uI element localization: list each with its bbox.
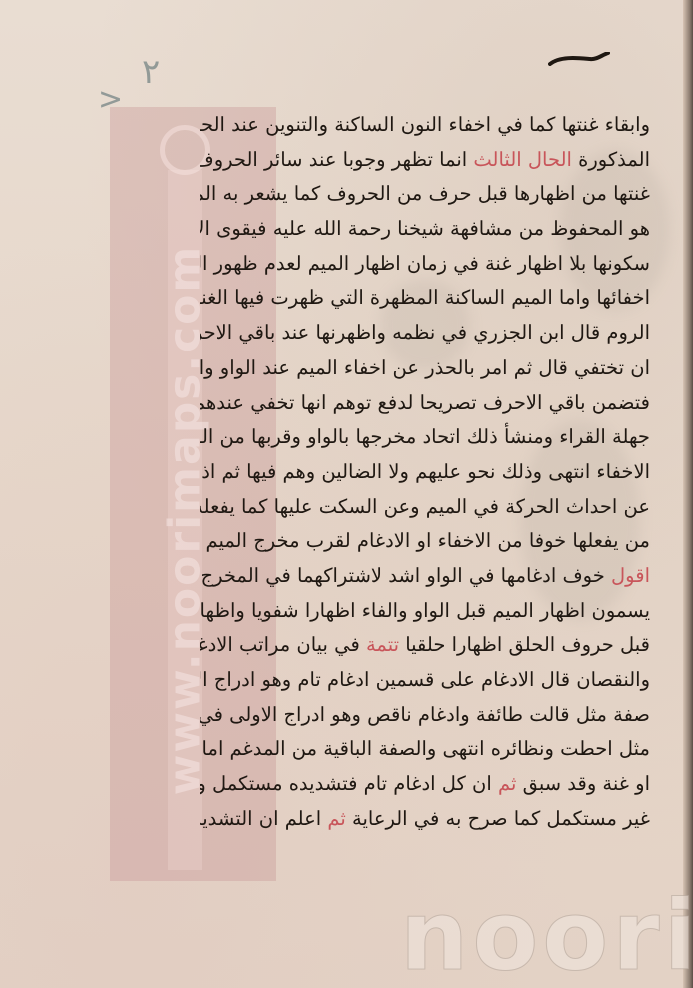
manuscript-text: وابقاء غنتها كما في اخفاء النون الساكنة …: [200, 108, 650, 836]
text-line: المذكورة الحال الثالث انما تظهر وجوبا عن…: [200, 143, 650, 178]
rubric-heading: تتمة: [366, 633, 399, 656]
line-segment: صفة مثل قالت طائفة وادغام ناقص وهو ادراج…: [200, 703, 650, 726]
line-segment: غير مستكمل كما صرح به في الرعاية: [346, 807, 650, 830]
line-segment: عن احداث الحركة في الميم وعن السكت عليها…: [200, 495, 650, 518]
line-segment: فتضمن باقي الاحرف تصريحا لدفع توهم انها …: [200, 391, 650, 414]
line-segment: او غنة وقد سبق: [516, 772, 650, 795]
text-line: من يفعلها خوفا من الاخفاء او الادغام لقر…: [200, 524, 650, 559]
rubric-word: ثم: [498, 772, 516, 795]
line-segment: هو المحفوظ من مشافهة شيخنا رحمة الله علي…: [200, 217, 650, 240]
text-line: قبل حروف الحلق اظهارا حلقيا تتمة في بيان…: [200, 628, 650, 663]
line-segment: سكونها بلا اظهار غنة في زمان اظهار الميم…: [200, 252, 650, 275]
line-segment: اعلم ان التشديد لا يستلزم الادغام اذ بعض…: [200, 807, 327, 830]
text-line: او غنة وقد سبق ثم ان كل ادغام تام فتشديد…: [200, 767, 650, 802]
line-segment: قبل حروف الحلق اظهارا حلقيا: [399, 633, 650, 656]
folio-number-mark: ٢: [142, 52, 160, 92]
text-line: ان تختفي قال ثم امر بالحذر عن اخفاء المي…: [200, 351, 650, 386]
line-segment: ان كل ادغام تام فتشديده مستكمل وكل ادغام…: [200, 772, 498, 795]
text-line: سكونها بلا اظهار غنة في زمان اظهار الميم…: [200, 247, 650, 282]
text-line: صفة مثل قالت طائفة وادغام ناقص وهو ادراج…: [200, 698, 650, 733]
manuscript-page: www.noorimaps.com ٢ < وابقاء غنتها كما ف…: [0, 0, 693, 988]
line-segment: اخفائها واما الميم الساكنة المظهرة التي …: [200, 286, 650, 309]
text-line: اقول خوف ادغامها في الواو اشد لاشتراكهما…: [200, 559, 650, 594]
text-line: جهلة القراء ومنشأ ذلك اتحاد مخرجها بالوا…: [200, 420, 650, 455]
watermark-bottom-text: noori: [400, 880, 693, 988]
line-segment: ان تختفي قال ثم امر بالحذر عن اخفاء المي…: [200, 356, 650, 379]
binding-edge: [683, 0, 693, 988]
rubric-word: اقول: [611, 564, 650, 587]
text-line: اخفائها واما الميم الساكنة المظهرة التي …: [200, 281, 650, 316]
text-line: مثل احطت ونظائره انتهى والصفة الباقية من…: [200, 732, 650, 767]
line-segment: غنتها من اظهارها قبل حرف من الحروف كما ي…: [200, 182, 650, 205]
line-segment: مثل احطت ونظائره انتهى والصفة الباقية من…: [200, 737, 650, 760]
text-line: غير مستكمل كما صرح به في الرعاية ثم اعلم…: [200, 802, 650, 837]
line-segment: الاخفاء انتهى وذلك نحو عليهم ولا الضالين…: [200, 460, 650, 483]
line-segment: انما تظهر وجوبا عند سائر الحروف: [200, 148, 473, 171]
text-line: يسمون اظهار الميم قبل الواو والفاء اظهار…: [200, 594, 650, 629]
line-segment: والنقصان قال الادغام على قسمين ادغام تام…: [200, 668, 650, 691]
catchword-stroke-icon: [548, 52, 610, 66]
line-segment: خوف ادغامها في الواو اشد لاشتراكهما في ا…: [200, 564, 611, 587]
text-line: وابقاء غنتها كما في اخفاء النون الساكنة …: [200, 108, 650, 143]
line-segment: وابقاء غنتها كما في اخفاء النون الساكنة …: [200, 113, 650, 136]
text-line: هو المحفوظ من مشافهة شيخنا رحمة الله علي…: [200, 212, 650, 247]
line-segment: من يفعلها خوفا من الاخفاء او الادغام لقر…: [200, 529, 650, 552]
pencil-bracket-mark: <: [98, 82, 123, 117]
text-line: الروم قال ابن الجزري في نظمه واظهرنها عن…: [200, 316, 650, 351]
text-line: غنتها من اظهارها قبل حرف من الحروف كما ي…: [200, 177, 650, 212]
rubric-word: ثم: [327, 807, 345, 830]
line-segment: المذكورة: [572, 148, 650, 171]
line-segment: في بيان مراتب الادغام والتشديد بحسب الكم…: [200, 633, 366, 656]
text-line: فتضمن باقي الاحرف تصريحا لدفع توهم انها …: [200, 386, 650, 421]
text-line: عن احداث الحركة في الميم وعن السكت عليها…: [200, 490, 650, 525]
line-segment: جهلة القراء ومنشأ ذلك اتحاد مخرجها بالوا…: [200, 425, 650, 448]
text-line: والنقصان قال الادغام على قسمين ادغام تام…: [200, 663, 650, 698]
rubric-heading: الحال الثالث: [473, 148, 572, 171]
line-segment: يسمون اظهار الميم قبل الواو والفاء اظهار…: [200, 599, 650, 622]
line-segment: الروم قال ابن الجزري في نظمه واظهرنها عن…: [200, 321, 650, 344]
text-line: الاخفاء انتهى وذلك نحو عليهم ولا الضالين…: [200, 455, 650, 490]
